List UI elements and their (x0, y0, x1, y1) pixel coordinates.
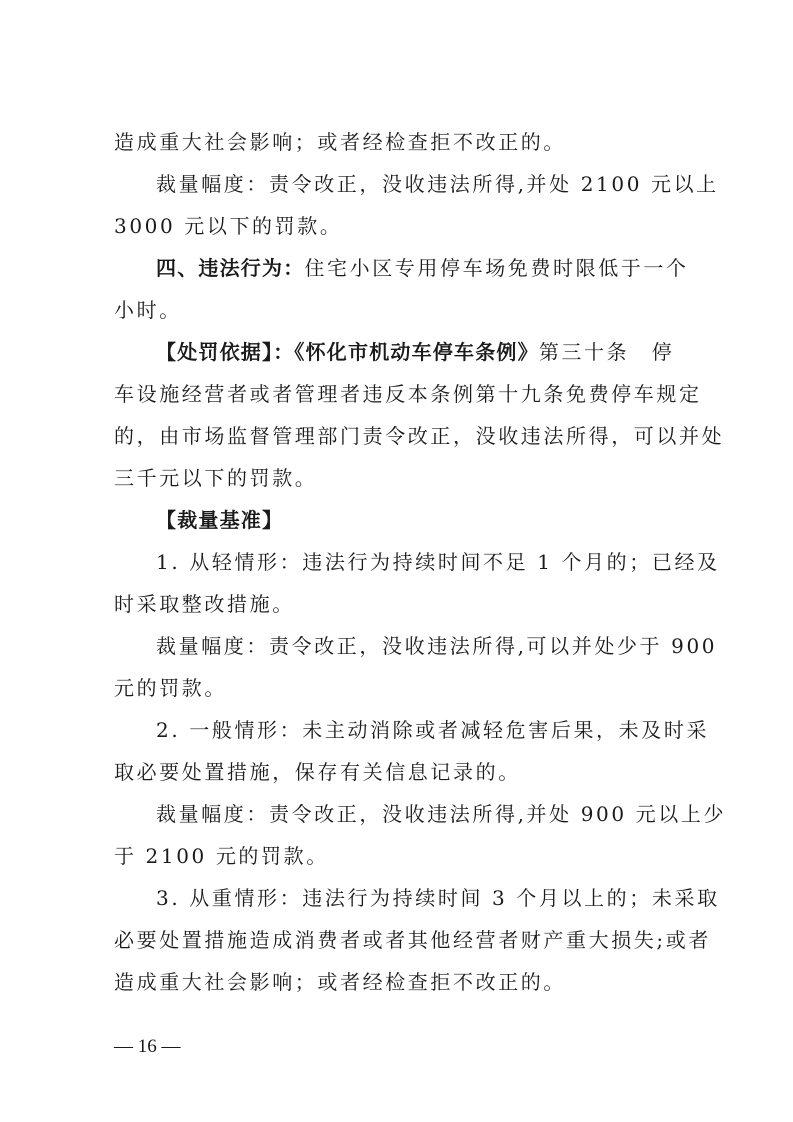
paragraph-line: 三千元以下的罚款。 (114, 457, 680, 499)
paragraph-line: 元的罚款。 (114, 667, 680, 709)
line-text: 于 2100 元的罚款。 (114, 844, 329, 868)
penalty-basis-heading: 【处罚依据】：《怀化市机动车停车条例》 (156, 340, 539, 364)
line-text: 车设施经营者或者管理者违反本条例第十九条免费停车规定 (114, 382, 702, 406)
line-text: 必要处置措施造成消费者或者其他经营者财产重大损失;或者 (114, 928, 711, 952)
paragraph-line: 裁量幅度：责令改正，没收违法所得,并处 2100 元以上 (156, 163, 680, 205)
line-text: 住宅小区专用停车场免费时限低于一个 (304, 256, 688, 280)
line-text: 取必要处置措施，保存有关信息记录的。 (114, 760, 521, 784)
document-page: 造成重大社会影响；或者经检查拒不改正的。 裁量幅度：责令改正，没收违法所得,并处… (0, 0, 793, 1122)
section-heading: 四、违法行为： (156, 256, 304, 280)
penalty-basis-line: 【处罚依据】：《怀化市机动车停车条例》第三十条 停 (156, 331, 680, 373)
line-text: 2. 一般情形：未主动消除或者减轻危害后果，未及时采 (156, 718, 709, 742)
paragraph-line: 的，由市场监督管理部门责令改正，没收违法所得，可以并处 (114, 415, 680, 457)
line-text: 小时。 (114, 298, 182, 322)
discretion-standard-heading-line: 【裁量基准】 (156, 499, 680, 541)
line-text: 裁量幅度：责令改正，没收违法所得,可以并处少于 900 (156, 634, 717, 658)
line-text: 造成重大社会影响；或者经检查拒不改正的。 (114, 130, 566, 154)
paragraph-line: 造成重大社会影响；或者经检查拒不改正的。 (114, 961, 680, 1003)
paragraph-line: 3. 从重情形：违法行为持续时间 3 个月以上的；未采取 (156, 877, 680, 919)
line-text: 3000 元以下的罚款。 (114, 214, 342, 238)
line-text: 第三十条 停 (539, 340, 675, 364)
line-text: 裁量幅度：责令改正，没收违法所得,并处 900 元以上少 (156, 802, 726, 826)
paragraph-line: 必要处置措施造成消费者或者其他经营者财产重大损失;或者 (114, 919, 680, 961)
line-text: 3. 从重情形：违法行为持续时间 3 个月以上的；未采取 (156, 886, 720, 910)
paragraph-line: 3000 元以下的罚款。 (114, 205, 680, 247)
paragraph-line: 于 2100 元的罚款。 (114, 835, 680, 877)
section-heading-line: 四、违法行为：住宅小区专用停车场免费时限低于一个 (156, 247, 680, 289)
paragraph-line: 裁量幅度：责令改正，没收违法所得,并处 900 元以上少 (156, 793, 680, 835)
paragraph-line: 1. 从轻情形：违法行为持续时间不足 1 个月的；已经及 (156, 541, 680, 583)
paragraph-line: 车设施经营者或者管理者违反本条例第十九条免费停车规定 (114, 373, 680, 415)
paragraph-line: 取必要处置措施，保存有关信息记录的。 (114, 751, 680, 793)
paragraph-line: 造成重大社会影响；或者经检查拒不改正的。 (114, 121, 680, 163)
line-text: 的，由市场监督管理部门责令改正，没收违法所得，可以并处 (114, 424, 724, 448)
page-number: — 16 — (114, 1030, 181, 1064)
paragraph-line: 时采取整改措施。 (114, 583, 680, 625)
paragraph-line: 裁量幅度：责令改正，没收违法所得,可以并处少于 900 (156, 625, 680, 667)
line-text: 时采取整改措施。 (114, 592, 295, 616)
line-text: 1. 从轻情形：违法行为持续时间不足 1 个月的；已经及 (156, 550, 720, 574)
line-text: 元的罚款。 (114, 676, 227, 700)
discretion-standard-heading: 【裁量基准】 (156, 508, 283, 532)
line-text: 三千元以下的罚款。 (114, 466, 317, 490)
line-text: 造成重大社会影响；或者经检查拒不改正的。 (114, 970, 566, 994)
paragraph-line: 小时。 (114, 289, 680, 331)
paragraph-line: 2. 一般情形：未主动消除或者减轻危害后果，未及时采 (156, 709, 680, 751)
line-text: 裁量幅度：责令改正，没收违法所得,并处 2100 元以上 (156, 172, 719, 196)
